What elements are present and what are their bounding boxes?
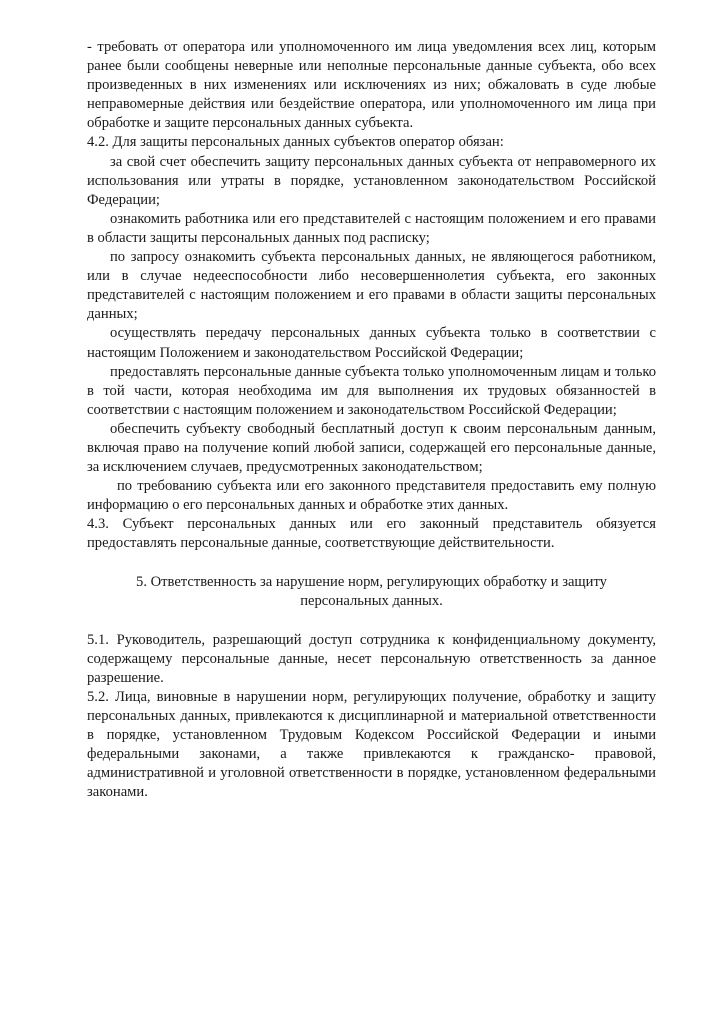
clause-5-2: 5.2. Лица, виновные в нарушении норм, ре… — [87, 688, 656, 803]
clause-5-1: 5.1. Руководитель, разрешающий доступ со… — [87, 631, 656, 688]
obligation-item: предоставлять персональные данные субъек… — [87, 363, 656, 420]
section-5-heading-line-2: персональных данных. — [87, 592, 656, 611]
spacer — [87, 554, 656, 573]
section-5-heading-line-1: 5. Ответственность за нарушение норм, ре… — [87, 573, 656, 592]
obligation-item: ознакомить работника или его представите… — [87, 210, 656, 248]
paragraph-right-to-notify: - требовать от оператора или уполномочен… — [87, 38, 656, 133]
obligation-item: по запросу ознакомить субъекта персональ… — [87, 248, 656, 324]
spacer — [87, 611, 656, 631]
clause-4-3: 4.3. Субъект персональных данных или его… — [87, 515, 656, 553]
obligation-item: обеспечить субъекту свободный бесплатный… — [87, 420, 656, 477]
obligation-item: осуществлять передачу персональных данны… — [87, 324, 656, 362]
document-page: - требовать от оператора или уполномочен… — [87, 38, 656, 803]
clause-4-2: 4.2. Для защиты персональных данных субъ… — [87, 133, 656, 152]
obligation-item: за свой счет обеспечить защиту персональ… — [87, 153, 656, 210]
obligation-item: по требованию субъекта или его законного… — [87, 477, 656, 515]
